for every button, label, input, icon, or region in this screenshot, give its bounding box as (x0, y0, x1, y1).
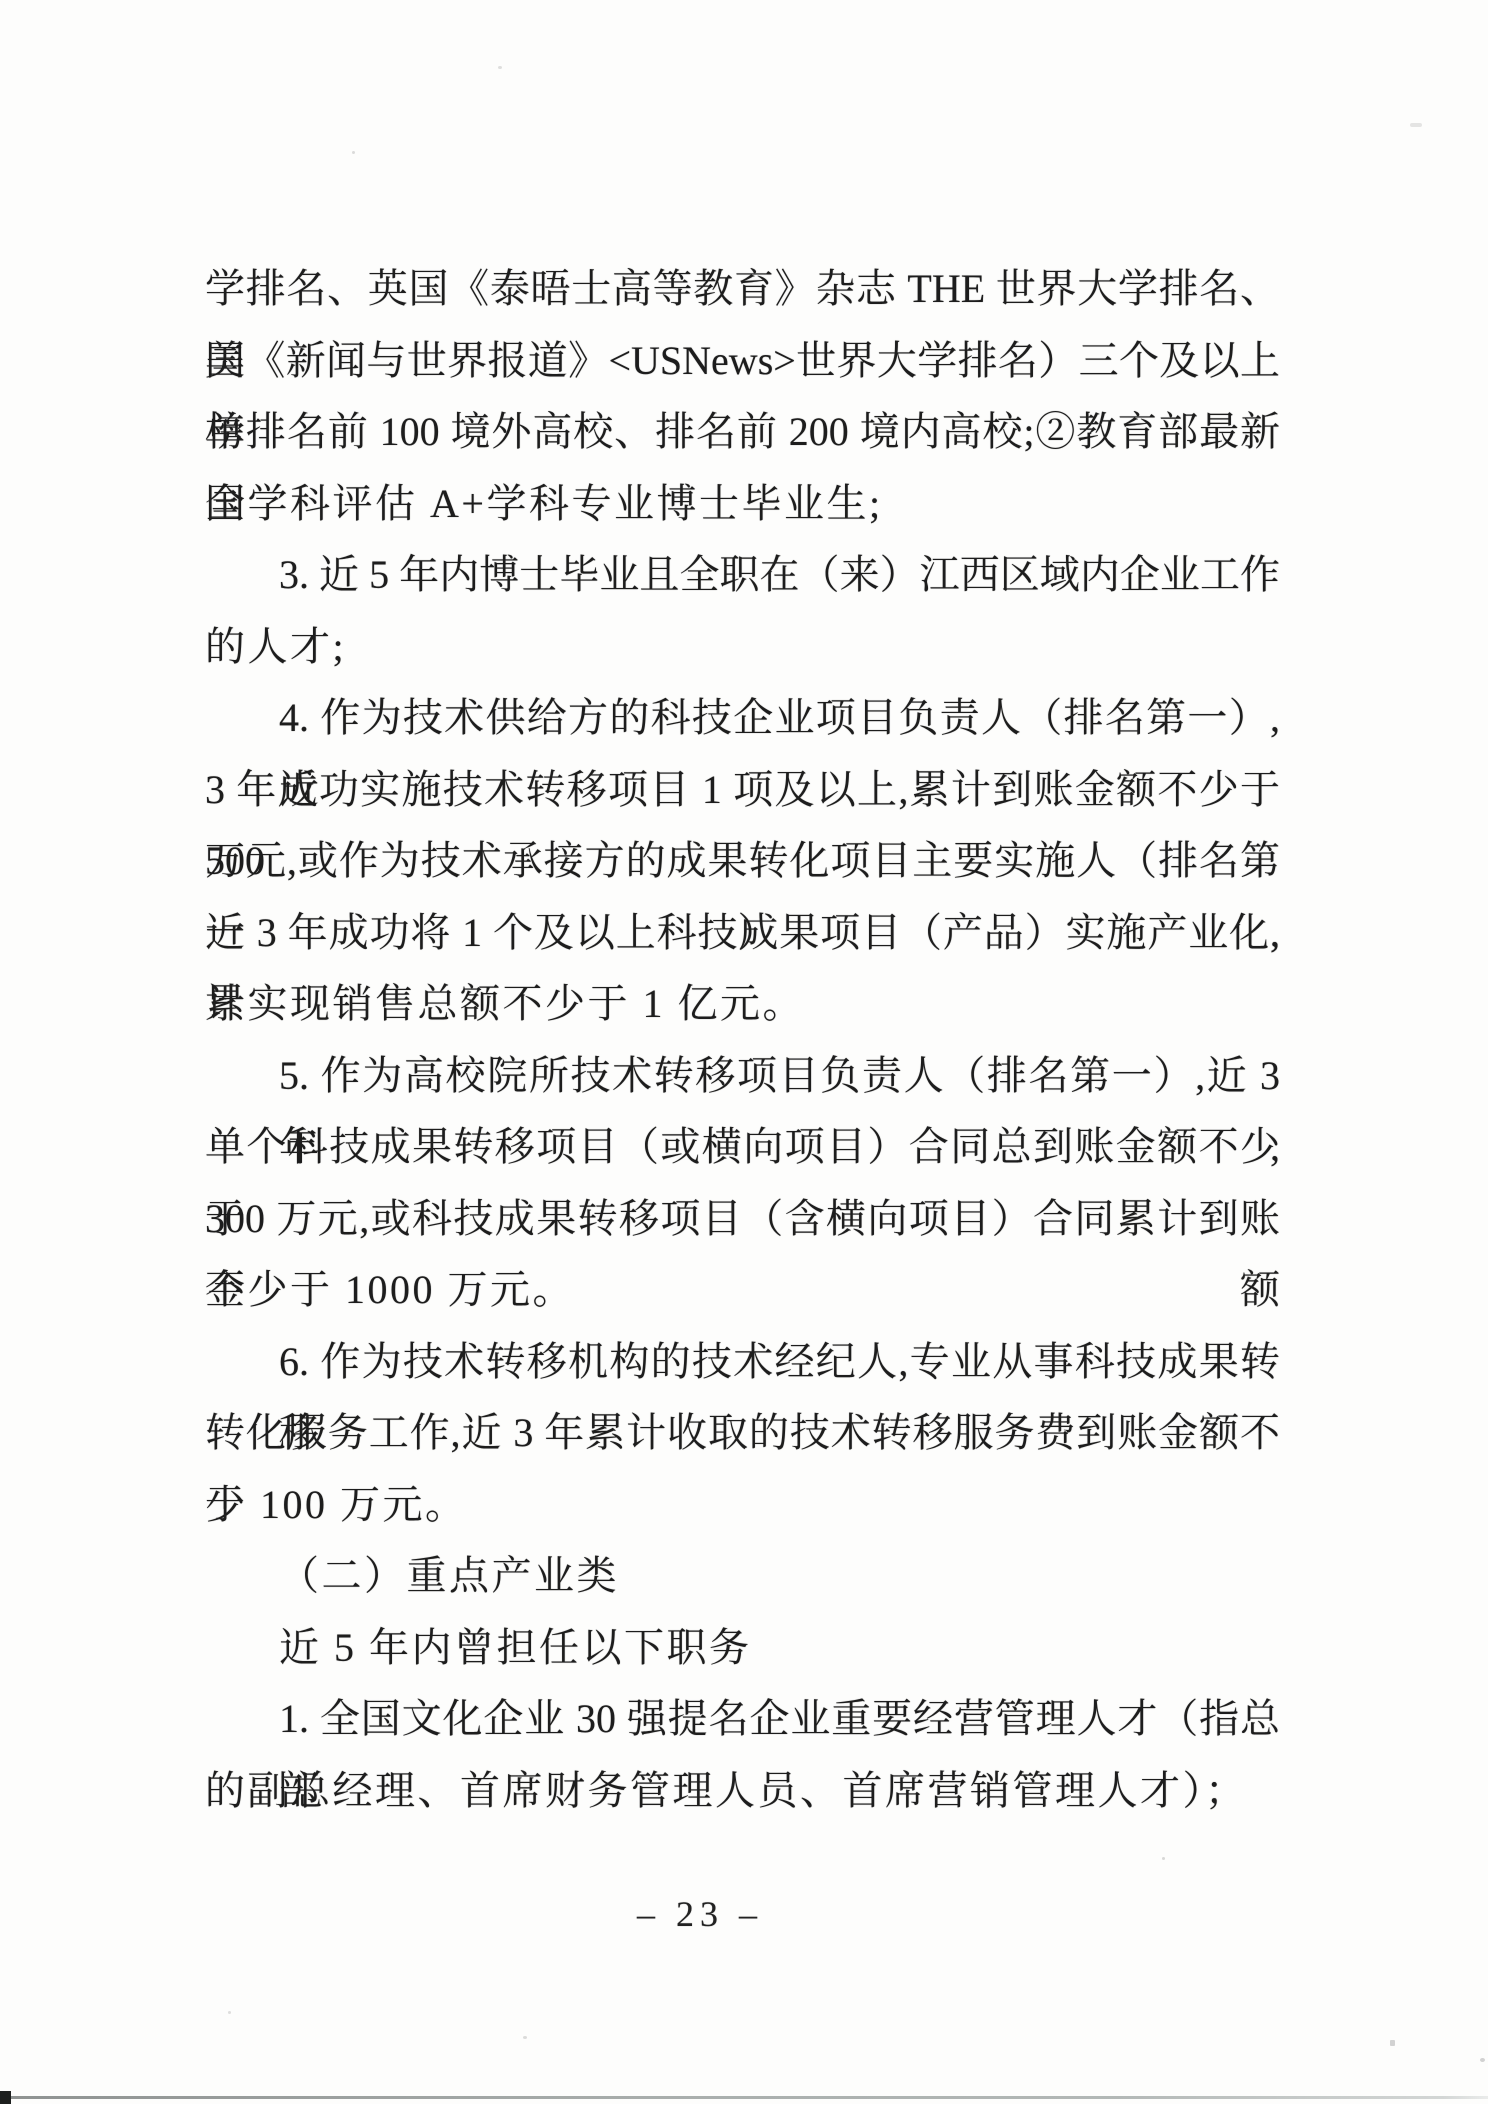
page-number: – 23 – (555, 1893, 845, 1935)
scan-speck (1410, 123, 1422, 127)
text-line: 3 年成功实施技术转移项目 1 项及以上,累计到账金额不少于 500 (205, 754, 1280, 826)
scan-speck (1162, 1857, 1165, 1860)
document-page: 学排名、英国《泰晤士高等教育》杂志 THE 世界大学排名、美 国《新闻与世界报道… (0, 0, 1488, 2104)
text-line: 的副总经理、首席财务管理人员、首席营销管理人才）； (205, 1755, 1280, 1827)
text-line: 计实现销售总额不少于 1 亿元。 (205, 968, 1280, 1040)
scan-speck (352, 151, 355, 154)
text-line: 6. 作为技术转移机构的技术经纪人,专业从事科技成果转移 (205, 1326, 1280, 1398)
text-line: 学排名、英国《泰晤士高等教育》杂志 THE 世界大学排名、美 (205, 253, 1280, 325)
text-line: 于 100 万元。 (205, 1469, 1280, 1541)
text-line: 单个科技成果转移项目（或横向项目）合同总到账金额不少于 (205, 1111, 1280, 1183)
text-line: 的人才; (205, 611, 1280, 683)
text-line: 3. 近 5 年内博士毕业且全职在（来）江西区域内企业工作 (205, 539, 1280, 611)
text-line: 单排名前 100 境外高校、排名前 200 境内高校;②教育部最新全 (205, 396, 1280, 468)
scan-corner-mark (0, 2091, 11, 2104)
scan-speck (523, 2036, 527, 2039)
text-line: 5. 作为高校院所技术转移项目负责人（排名第一）,近 3 年, (205, 1040, 1280, 1112)
scan-speck (1480, 2058, 1485, 2062)
text-line: 转化服务工作,近 3 年累计收取的技术转移服务费到账金额不少 (205, 1397, 1280, 1469)
scan-speck (228, 2011, 231, 2014)
text-line: 国《新闻与世界报道》<USNews>世界大学排名）三个及以上榜 (205, 325, 1280, 397)
text-line: 万元,或作为技术承接方的成果转化项目主要实施人（排名第一）, (205, 825, 1280, 897)
text-line: 近 5 年内曾担任以下职务 (205, 1612, 1280, 1684)
text-line: 1. 全国文化企业 30 强提名企业重要经营管理人才（指总部 (205, 1683, 1280, 1755)
scan-speck (1390, 2040, 1395, 2046)
scan-edge-line (0, 2096, 1488, 2099)
document-body: 学排名、英国《泰晤士高等教育》杂志 THE 世界大学排名、美 国《新闻与世界报道… (205, 253, 1280, 1826)
text-line: 300 万元,或科技成果转移项目（含横向项目）合同累计到账金额 (205, 1183, 1280, 1255)
text-line: 国学科评估 A+学科专业博士毕业生; (205, 468, 1280, 540)
section-heading: （二）重点产业类 (205, 1540, 1280, 1612)
scan-speck (498, 66, 502, 69)
text-line: 4. 作为技术供给方的科技企业项目负责人（排名第一）,近 (205, 682, 1280, 754)
text-line: 近 3 年成功将 1 个及以上科技成果项目（产品）实施产业化,累 (205, 897, 1280, 969)
